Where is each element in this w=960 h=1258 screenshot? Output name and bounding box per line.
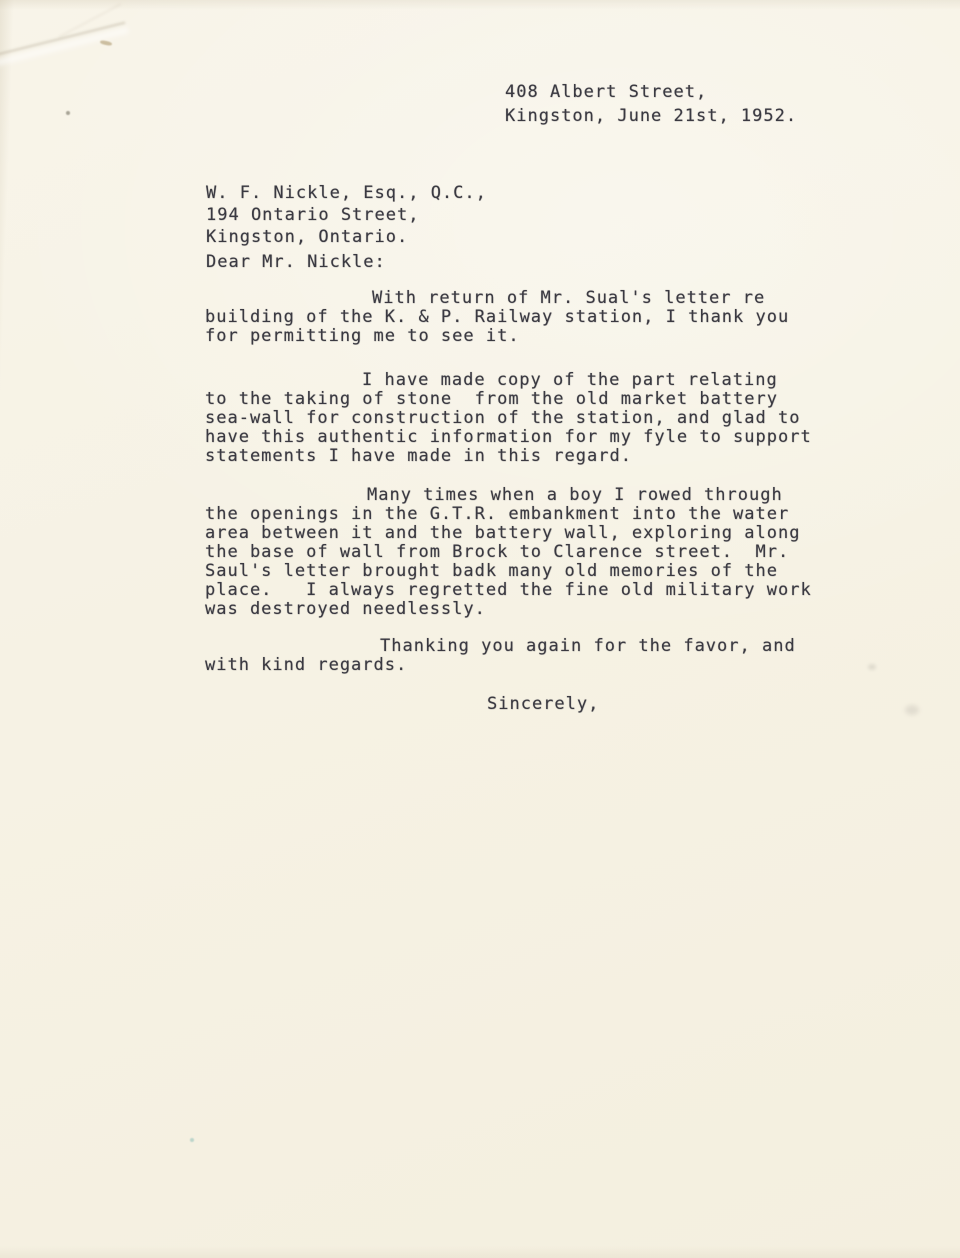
paper-smudge bbox=[905, 705, 919, 715]
recipient-address: W. F. Nickle, Esq., Q.C., 194 Ontario St… bbox=[206, 182, 487, 248]
paper-speck bbox=[190, 1138, 194, 1142]
paper-crease bbox=[59, 4, 121, 38]
paper-crease-highlight bbox=[0, 27, 129, 67]
paragraph-4: Thanking you again for the favor, and wi… bbox=[205, 637, 796, 675]
paragraph-2: I have made copy of the part relating to… bbox=[205, 371, 812, 466]
paper-speck bbox=[66, 111, 70, 115]
closing-signature: Sincerely, bbox=[487, 695, 599, 714]
paper-smudge bbox=[868, 664, 876, 670]
salutation: Dear Mr. Nickle: bbox=[206, 253, 386, 272]
paper-speck bbox=[100, 40, 113, 46]
paper-crease bbox=[0, 22, 125, 57]
sender-address: 408 Albert Street, Kingston, June 21st, … bbox=[505, 80, 797, 128]
letter-page: 408 Albert Street, Kingston, June 21st, … bbox=[0, 0, 960, 1258]
paragraph-3: Many times when a boy I rowed through th… bbox=[205, 486, 812, 619]
paragraph-1: With return of Mr. Sual's letter re buil… bbox=[205, 289, 789, 346]
